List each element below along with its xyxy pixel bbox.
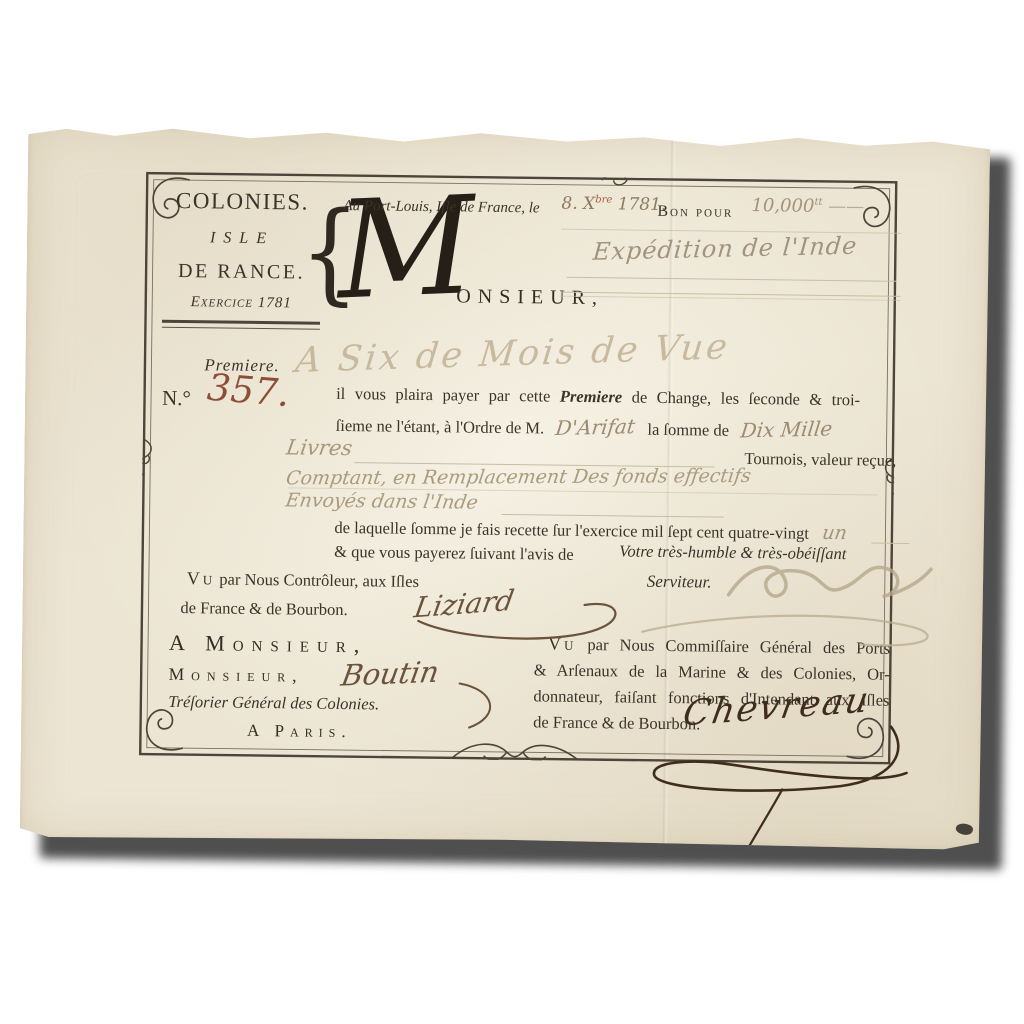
serviteur-flourish-underline (642, 614, 928, 646)
controller-signature-flourish (418, 602, 615, 640)
scan-canvas: COLONIES. ISLE DE RANCE. Exercice 1781 {… (0, 0, 1024, 1024)
treasurer-signature-flourish (459, 683, 490, 727)
commissaire-signature-flourish (654, 724, 907, 793)
signature-flourishes (20, 124, 991, 850)
serviteur-signature-flourish (729, 566, 931, 598)
commissaire-flourish-tail (748, 789, 783, 849)
bill-of-exchange-document: COLONIES. ISLE DE RANCE. Exercice 1781 {… (20, 124, 991, 850)
